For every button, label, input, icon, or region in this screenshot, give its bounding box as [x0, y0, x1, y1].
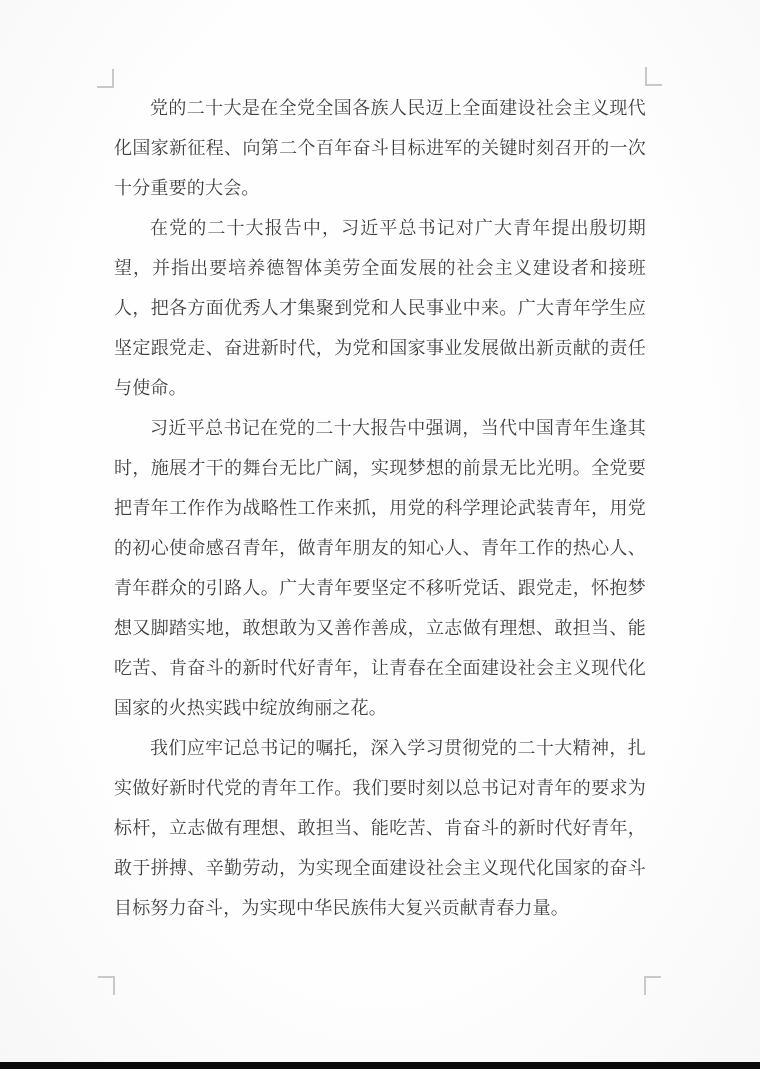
- document-page: 党的二十大是在全党全国各族人民迈上全面建设社会主义现代化国家新征程、向第二个百年…: [0, 0, 760, 1069]
- document-text: 党的二十大是在全党全国各族人民迈上全面建设社会主义现代化国家新征程、向第二个百年…: [114, 88, 646, 928]
- paragraph: 我们应牢记总书记的嘱托，深入学习贯彻党的二十大精神，扎实做好新时代党的青年工作。…: [114, 728, 646, 928]
- paragraph: 习近平总书记在党的二十大报告中强调，当代中国青年生逢其时，施展才干的舞台无比广阔…: [114, 408, 646, 728]
- paragraph: 在党的二十大报告中，习近平总书记对广大青年提出殷切期望，并指出要培养德智体美劳全…: [114, 208, 646, 408]
- margin-crop-mark-top-right: [645, 67, 662, 86]
- margin-crop-mark-bottom-right: [644, 976, 661, 995]
- paragraph: 党的二十大是在全党全国各族人民迈上全面建设社会主义现代化国家新征程、向第二个百年…: [114, 88, 646, 208]
- bottom-edge-bar: [0, 1062, 760, 1069]
- margin-crop-mark-bottom-left: [98, 976, 115, 995]
- margin-crop-mark-top-left: [97, 69, 114, 88]
